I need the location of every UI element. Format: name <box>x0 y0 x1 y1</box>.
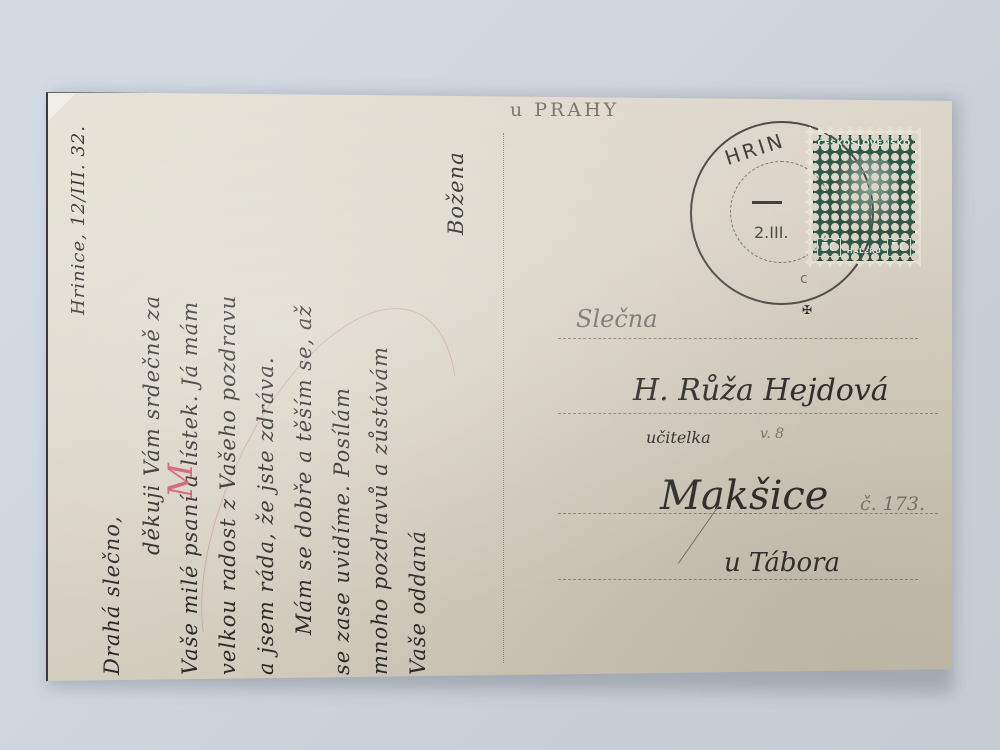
address-region: u Tábora <box>724 548 840 578</box>
message-line: velkou radost z Vašeho pozdravu <box>216 295 240 675</box>
postcard: u PRAHY HRIN 2.III. c ✠ ČESKOSLOVENSKO 5… <box>46 92 952 681</box>
message-line: Mám se dobře a těším se, až <box>292 305 316 635</box>
postmark-date: 2.III. <box>754 223 789 242</box>
handwritten-message: Hrinice, 12/III. 32. Drahá slečno, děkuj… <box>60 92 500 675</box>
message-line: a jsem ráda, že jste zdráva. <box>254 357 278 676</box>
message-line: mnoho pozdravů a zůstávám <box>368 346 392 675</box>
message-place-date: Hrinice, 12/III. 32. <box>68 125 89 315</box>
address-line-1 <box>558 338 918 339</box>
stamp-unit: HALÉŘU <box>842 247 886 255</box>
red-pencil-mark: M <box>161 458 211 498</box>
center-divider <box>503 133 504 663</box>
address-salutation: Slečna <box>576 305 658 333</box>
message-signature: Božena <box>444 151 468 235</box>
message-line: děkuji Vám srdečně za <box>140 295 164 555</box>
address-line-2 <box>558 413 938 414</box>
stamp-value-left: 50 <box>817 238 841 257</box>
address-name: H. Růža Hejdová <box>633 373 889 408</box>
message-line: se zase uvidíme. Posílám <box>330 387 354 675</box>
postmark-star-icon: ✠ <box>802 303 812 317</box>
stamp-country: ČESKOSLOVENSKO <box>814 139 914 149</box>
postmark-bar <box>752 201 782 204</box>
stamp-face: ČESKOSLOVENSKO 50 HALÉŘU 50 <box>813 135 915 261</box>
address-house-number: č. 173. <box>860 493 925 515</box>
message-line: Drahá slečno, <box>100 515 124 675</box>
address-town: Makšice <box>660 473 828 519</box>
postage-stamp: ČESKOSLOVENSKO 50 HALÉŘU 50 <box>805 127 921 267</box>
pencil-note: u PRAHY <box>510 99 619 121</box>
address-occupation: učitelka <box>646 428 711 447</box>
address-occupation-extra: v. 8 <box>760 426 784 442</box>
stamp-portrait-icon <box>830 154 898 236</box>
address-line-4 <box>558 579 918 580</box>
stamp-value-right: 50 <box>887 238 911 257</box>
message-line: Vaše oddaná <box>406 530 430 675</box>
postmark-letter: c <box>800 271 808 287</box>
